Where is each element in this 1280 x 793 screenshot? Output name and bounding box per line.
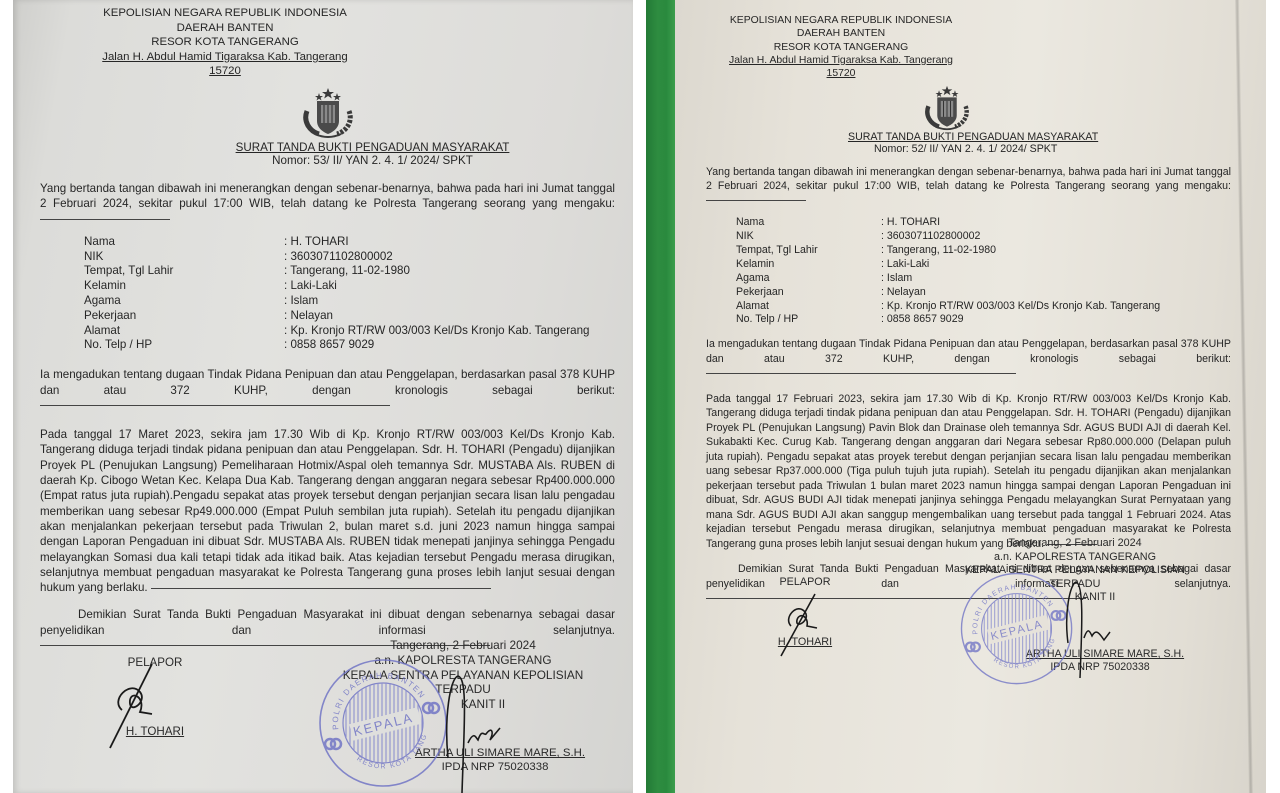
identity-row: Kelamin: Laki-Laki [84,279,589,294]
official-stamp: KEPALA POLRI DAERAH BANTEN RESOR KOTA TA… [958,570,1076,688]
identity-value: : Kp. Kronjo RT/RW 003/003 Kel/Ds Kronjo… [881,300,1160,314]
identity-value: : Kp. Kronjo RT/RW 003/003 Kel/Ds Kronjo… [284,324,589,339]
identity-label: Kelamin [736,258,881,272]
complaint-letter-52: KEPOLISIAN NEGARA REPUBLIK INDONESIA DAE… [706,14,1231,606]
identity-label: NIK [736,230,881,244]
intro-paragraph: Yang bertanda tangan dibawah ini meneran… [706,165,1231,209]
identity-row: Tempat, Tgl Lahir: Tangerang, 11-02-1980 [84,264,589,279]
dash-line [706,200,806,201]
officer-signature [1060,578,1130,678]
identity-label: No. Telp / HP [736,313,881,327]
identity-row: Tempat, Tgl Lahir: Tangerang, 11-02-1980 [736,244,1160,258]
identity-label: Tempat, Tgl Lahir [84,264,284,279]
identity-value: : Laki-Laki [284,279,589,294]
chronology-paragraph: Pada tanggal 17 Maret 2023, sekira jam 1… [40,427,615,595]
dash-line [40,219,170,220]
identity-label: Pekerjaan [736,286,881,300]
complaint-paragraph: Ia mengadukan tentang dugaan Tindak Pida… [706,337,1231,381]
identity-value: : 3603071102800002 [284,250,589,265]
identity-row: NIK: 3603071102800002 [84,250,589,265]
identity-row: Kelamin: Laki-Laki [736,258,1160,272]
dash-line [706,373,1016,374]
dash-line [40,405,390,406]
identity-row: Nama: H. TOHARI [84,235,589,250]
identity-value: : H. TOHARI [881,216,1160,230]
identity-label: Nama [84,235,284,250]
green-folder-edge [646,0,675,793]
identity-row: Alamat: Kp. Kronjo RT/RW 003/003 Kel/Ds … [84,324,589,339]
identity-value: : 0858 8657 9029 [881,313,1160,327]
police-emblem-icon [916,85,978,131]
complaint-paragraph: Ia mengadukan tentang dugaan Tindak Pida… [40,367,615,413]
identity-value: : 0858 8657 9029 [284,338,589,353]
officer-signature [438,668,528,793]
identity-row: Agama: Islam [736,272,1160,286]
identity-row: Pekerjaan: Nelayan [736,286,1160,300]
identity-table: Nama: H. TOHARINIK: 3603071102800002Temp… [736,216,1160,327]
complaint-letter-53: KEPOLISIAN NEGARA REPUBLIK INDONESIA DAE… [40,6,615,653]
identity-row: Nama: H. TOHARI [736,216,1160,230]
identity-value: : H. TOHARI [284,235,589,250]
letterhead-address: Jalan H. Abdul Hamid Tigaraksa Kab. Tang… [721,54,961,81]
official-stamp: KEPALA POLRI DAERAH BANTEN RESOR KOTA TA… [316,656,451,791]
identity-row: Pekerjaan: Nelayan [84,309,589,324]
letterhead: KEPOLISIAN NEGARA REPUBLIK INDONESIA DAE… [721,14,961,81]
identity-value: : Islam [881,272,1160,286]
identity-table: Nama: H. TOHARINIK: 3603071102800002Temp… [84,235,589,353]
identity-row: NIK: 3603071102800002 [736,230,1160,244]
intro-paragraph: Yang bertanda tangan dibawah ini meneran… [40,181,615,227]
identity-label: Tempat, Tgl Lahir [736,244,881,258]
identity-label: Pekerjaan [84,309,284,324]
police-emblem-icon [293,87,363,139]
identity-value: : Nelayan [881,286,1160,300]
letterhead-line: KEPOLISIAN NEGARA REPUBLIK INDONESIA [721,14,961,27]
identity-row: No. Telp / HP: 0858 8657 9029 [84,338,589,353]
identity-value: : Laki-Laki [881,258,1160,272]
document-number: Nomor: 52/ II/ YAN 2. 4. 1/ 2024/ SPKT [874,143,1231,155]
identity-value: : 3603071102800002 [881,230,1160,244]
reporter-signature [100,660,180,755]
identity-row: No. Telp / HP: 0858 8657 9029 [736,313,1160,327]
identity-value: : Islam [284,294,589,309]
identity-label: Kelamin [84,279,284,294]
identity-value: : Nelayan [284,309,589,324]
letterhead-address: Jalan H. Abdul Hamid Tigaraksa Kab. Tang… [85,50,365,79]
reporter-signature [775,590,835,660]
letterhead-line: RESOR KOTA TANGERANG [85,35,365,50]
identity-value: : Tangerang, 11-02-1980 [881,244,1160,258]
identity-label: Nama [736,216,881,230]
letterhead-line: DAERAH BANTEN [721,27,961,40]
identity-label: No. Telp / HP [84,338,284,353]
identity-value: : Tangerang, 11-02-1980 [284,264,589,279]
identity-label: Agama [84,294,284,309]
letterhead-line: KEPOLISIAN NEGARA REPUBLIK INDONESIA [85,6,365,21]
identity-row: Alamat: Kp. Kronjo RT/RW 003/003 Kel/Ds … [736,300,1160,314]
identity-label: Agama [736,272,881,286]
document-title: SURAT TANDA BUKTI PENGADUAN MASYARAKAT [848,131,1231,143]
identity-label: Alamat [736,300,881,314]
document-title: SURAT TANDA BUKTI PENGADUAN MASYARAKAT [130,141,615,154]
chronology-paragraph: Pada tanggal 17 Februari 2023, sekira ja… [706,392,1231,552]
letterhead: KEPOLISIAN NEGARA REPUBLIK INDONESIA DAE… [85,6,365,79]
identity-label: NIK [84,250,284,265]
dash-line [151,588,491,589]
identity-row: Agama: Islam [84,294,589,309]
document-number: Nomor: 53/ II/ YAN 2. 4. 1/ 2024/ SPKT [130,154,615,167]
identity-label: Alamat [84,324,284,339]
letterhead-line: RESOR KOTA TANGERANG [721,41,961,54]
letterhead-line: DAERAH BANTEN [85,21,365,36]
